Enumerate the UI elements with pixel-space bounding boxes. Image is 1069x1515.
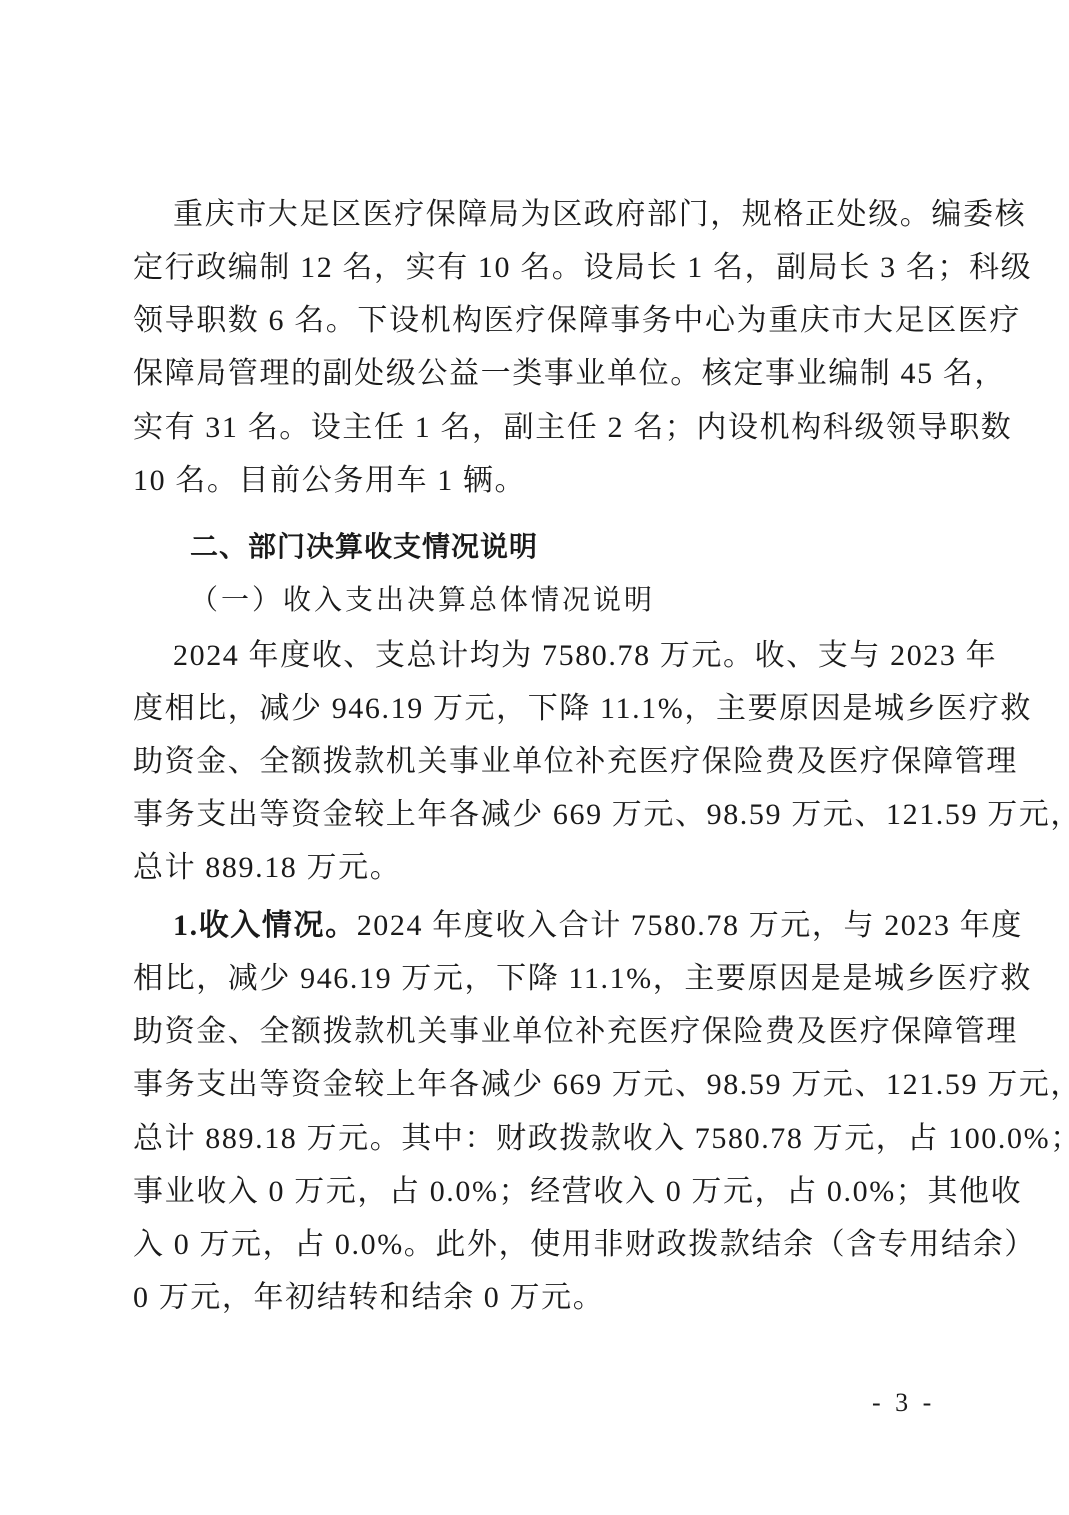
text-line: 定行政编制 12 名，实有 10 名。设局长 1 名，副局长 3 名；科级 bbox=[133, 248, 1032, 288]
text-line: 领导职数 6 名。下设机构医疗保障事务中心为重庆市大足区医疗 bbox=[133, 301, 1021, 341]
text-line: 1.收入情况。2024 年度收入合计 7580.78 万元，与 2023 年度 bbox=[173, 906, 1023, 946]
text-line: 总计 889.18 万元。其中：财政拨款收入 7580.78 万元，占 100.… bbox=[133, 1119, 1069, 1159]
text-line: 度相比，减少 946.19 万元，下降 11.1%，主要原因是城乡医疗救 bbox=[133, 689, 1032, 729]
page-number: - 3 - bbox=[872, 1388, 935, 1418]
subsection-heading: （一）收入支出决算总体情况说明 bbox=[190, 580, 655, 620]
text-line: 助资金、全额拨款机关事业单位补充医疗保险费及医疗保障管理 bbox=[133, 742, 1018, 782]
text-line: 总计 889.18 万元。 bbox=[133, 848, 401, 888]
text-line: 事业收入 0 万元，占 0.0%；经营收入 0 万元，占 0.0%；其他收 bbox=[133, 1172, 1022, 1212]
text-line: 入 0 万元，占 0.0%。此外，使用非财政拨款结余（含专用结余） bbox=[133, 1225, 1036, 1265]
text-line: 0 万元，年初结转和结余 0 万元。 bbox=[133, 1278, 604, 1318]
text-line: 事务支出等资金较上年各减少 669 万元、98.59 万元、121.59 万元， bbox=[133, 795, 1069, 835]
text-line: 实有 31 名。设主任 1 名，副主任 2 名；内设机构科级领导职数 bbox=[133, 408, 1012, 448]
section-heading: 二、部门决算收支情况说明 bbox=[190, 527, 538, 567]
text-line: 相比，减少 946.19 万元，下降 11.1%，主要原因是是城乡医疗救 bbox=[133, 959, 1032, 999]
text-line: 10 名。目前公务用车 1 辆。 bbox=[133, 461, 526, 501]
text-span: 2024 年度收入合计 7580.78 万元，与 2023 年度 bbox=[357, 909, 1023, 942]
text-line: 事务支出等资金较上年各减少 669 万元、98.59 万元、121.59 万元， bbox=[133, 1065, 1069, 1105]
income-section-lead: 1.收入情况。 bbox=[173, 909, 357, 942]
text-line: 保障局管理的副处级公益一类事业单位。核定事业编制 45 名， bbox=[133, 354, 1006, 394]
text-line: 重庆市大足区医疗保障局为区政府部门，规格正处级。编委核 bbox=[173, 195, 1026, 235]
text-line: 2024 年度收、支总计均为 7580.78 万元。收、支与 2023 年 bbox=[173, 636, 997, 676]
text-line: 助资金、全额拨款机关事业单位补充医疗保险费及医疗保障管理 bbox=[133, 1012, 1018, 1052]
